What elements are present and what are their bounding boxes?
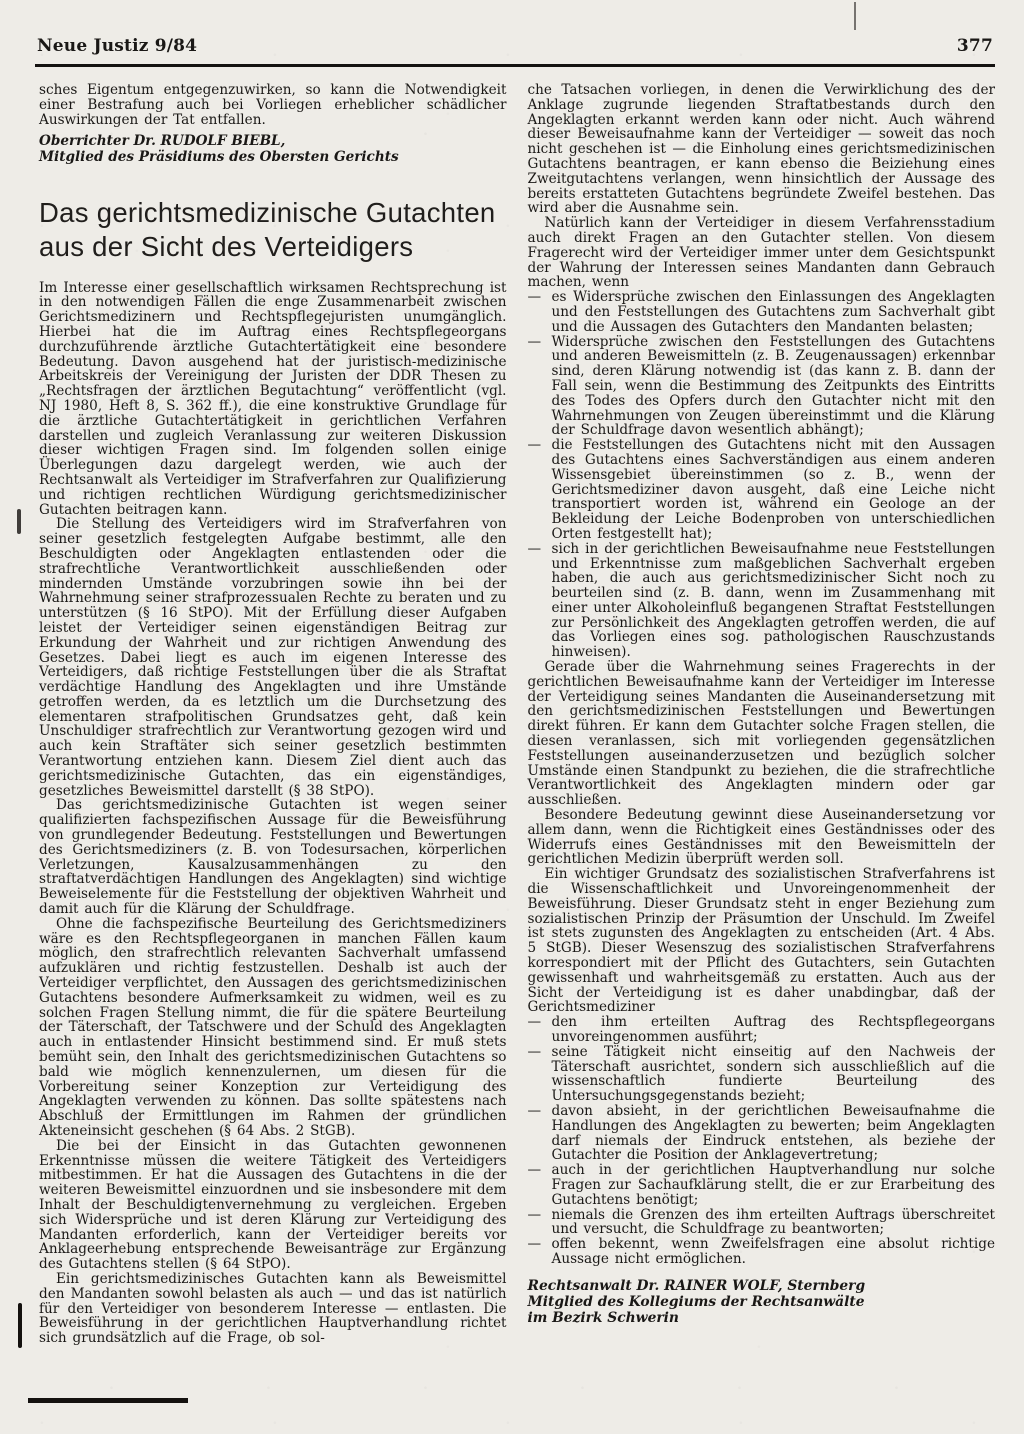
dash-glyph: — (528, 290, 552, 334)
dash-glyph: — (528, 1163, 552, 1207)
bullet-text: es Widersprüche zwischen den Einlassunge… (552, 290, 996, 334)
bullet-list-fragerecht: — es Widersprüche zwischen den Einlassun… (528, 290, 996, 660)
closing-signature: Rechtsanwalt Dr. RAINER WOLF, Sternberg … (528, 1278, 996, 1326)
journal-page: Neue Justiz 9/84 377 sches Eigentum entg… (0, 0, 1024, 1434)
closing-author-role1: Mitglied des Kollegiums der Rechtsanwält… (528, 1294, 996, 1310)
bullet-item: — davon absieht, in der gerichtlichen Be… (528, 1104, 996, 1163)
bullet-text: Widersprüche zwischen den Feststellungen… (552, 335, 996, 439)
dash-glyph: — (528, 1015, 552, 1045)
dash-glyph: — (528, 1237, 552, 1267)
body-paragraph: Ein gerichtsmedizinisches Gutachten kann… (39, 1272, 507, 1346)
prev-article-ending: sches Eigentum entgegenzuwirken, so kann… (39, 83, 507, 127)
body-paragraph: Im Interesse einer gesellschaftlich wirk… (39, 281, 507, 518)
page-header: Neue Justiz 9/84 377 (37, 36, 993, 56)
body-paragraph: Das gerichtsmedizinische Gutachten ist w… (39, 798, 507, 916)
bullet-text: seine Tätigkeit nicht einseitig auf den … (552, 1045, 996, 1104)
body-paragraph: Gerade über die Wahrnehmung seines Frage… (528, 660, 996, 808)
prev-article-signature: Oberrichter Dr. RUDOLF BIEBL, Mitglied d… (39, 134, 507, 165)
bullet-item: — offen bekennt, wenn Zweifelsfragen ein… (528, 1237, 996, 1267)
body-paragraph: che Tatsachen vorliegen, in denen die Ve… (528, 83, 996, 216)
body-paragraph: Die Stellung des Verteidigers wird im St… (39, 517, 507, 798)
bullet-text: die Feststellungen des Gutachtens nicht … (552, 438, 996, 542)
bullet-list-gerichtsmediziner: — den ihm erteilten Auftrag des Rechtspf… (528, 1015, 996, 1267)
dash-glyph: — (528, 1104, 552, 1163)
two-column-text: sches Eigentum entgegenzuwirken, so kann… (39, 83, 995, 1346)
page-number: 377 (957, 36, 993, 56)
dash-glyph: — (528, 438, 552, 542)
bullet-item: — den ihm erteilten Auftrag des Rechtspf… (528, 1015, 996, 1045)
bullet-item: — seine Tätigkeit nicht einseitig auf de… (528, 1045, 996, 1104)
dash-glyph: — (528, 542, 552, 660)
bullet-text: offen bekennt, wenn Zweifelsfragen eine … (552, 1237, 996, 1267)
prev-author-role: Mitglied des Präsidiums des Obersten Ger… (39, 150, 507, 166)
bullet-text: davon absieht, in der gerichtlichen Bewe… (552, 1104, 996, 1163)
bullet-item: — niemals die Grenzen des ihm erteilten … (528, 1208, 996, 1238)
dash-glyph: — (528, 1045, 552, 1104)
journal-title: Neue Justiz 9/84 (37, 36, 197, 56)
prev-author-name: Oberrichter Dr. RUDOLF BIEBL, (39, 134, 507, 150)
scan-artifact-top-stroke (854, 2, 856, 30)
scan-artifact-bottom-line (28, 1398, 188, 1403)
body-paragraph: Die bei der Einsicht in das Gutachten ge… (39, 1139, 507, 1272)
closing-author-role2: im Bezirk Schwerin (528, 1310, 996, 1326)
bullet-item: — es Widersprüche zwischen den Einlassun… (528, 290, 996, 334)
body-paragraph: Ohne die fachspezifische Beurteilung des… (39, 917, 507, 1139)
article-title-line1: Das gerichtsmedizinische Gutachten (39, 197, 496, 228)
bullet-text: sich in der gerichtlichen Beweisaufnahme… (552, 542, 996, 660)
bullet-item: — sich in der gerichtlichen Beweisaufnah… (528, 542, 996, 660)
article-title: Das gerichtsmedizinische Gutachten aus d… (39, 196, 507, 264)
bullet-item: — die Feststellungen des Gutachtens nich… (528, 438, 996, 542)
bullet-item: — Widersprüche zwischen den Feststellung… (528, 335, 996, 439)
body-paragraph: Besondere Bedeutung gewinnt diese Ausein… (528, 808, 996, 867)
body-paragraph: Natürlich kann der Verteidiger in diesem… (528, 216, 996, 290)
dash-glyph: — (528, 1208, 552, 1238)
scan-artifact-left-mark (17, 509, 21, 534)
header-rule (35, 64, 995, 67)
body-paragraph: Ein wichtiger Grundsatz des sozialistisc… (528, 867, 996, 1015)
bullet-text: auch in der gerichtlichen Hauptverhandlu… (552, 1163, 996, 1207)
dash-glyph: — (528, 335, 552, 439)
article-title-line2: aus der Sicht des Verteidigers (39, 231, 413, 262)
scan-artifact-left-stroke (18, 1303, 22, 1348)
bullet-text: niemals die Grenzen des ihm erteilten Au… (552, 1208, 996, 1238)
left-column: sches Eigentum entgegenzuwirken, so kann… (39, 83, 507, 1346)
closing-author-name: Rechtsanwalt Dr. RAINER WOLF, Sternberg (528, 1278, 996, 1294)
right-column: che Tatsachen vorliegen, in denen die Ve… (528, 83, 996, 1346)
bullet-item: — auch in der gerichtlichen Hauptverhand… (528, 1163, 996, 1207)
bullet-text: den ihm erteilten Auftrag des Rechtspfle… (552, 1015, 996, 1045)
